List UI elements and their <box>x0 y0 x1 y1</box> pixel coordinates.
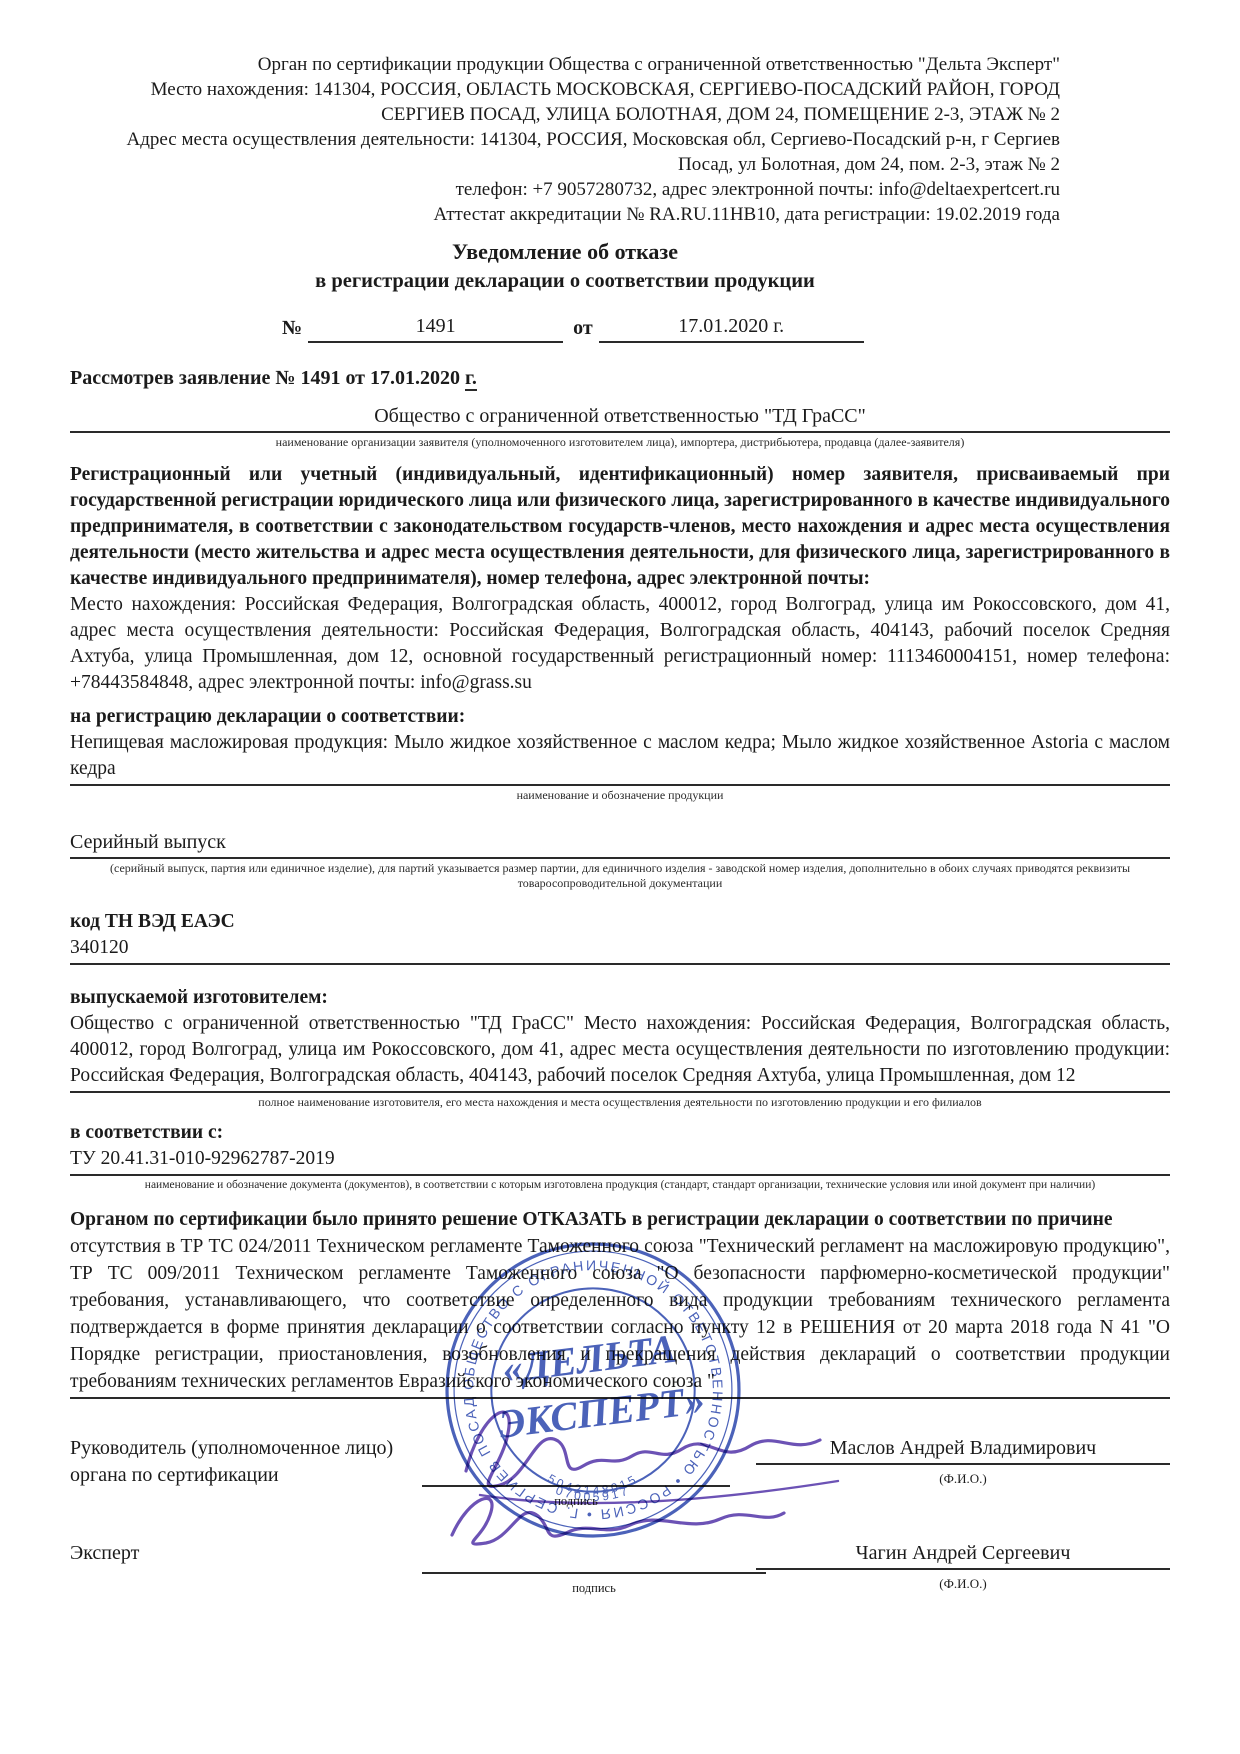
head-name: Маслов Андрей Владимирович <box>756 1435 1170 1465</box>
serial-caption-line1: (серийный выпуск, партия или единичное и… <box>70 861 1170 876</box>
standard-caption: наименование и обозначение документа (до… <box>70 1178 1170 1193</box>
expert-name-caption: (Ф.И.О.) <box>756 1571 1170 1597</box>
header-line-activity-address: Адрес места осуществления деятельности: … <box>70 127 1060 177</box>
head-role: Руководитель (уполномоченное лицо) орган… <box>70 1435 422 1514</box>
expert-signature-row: Эксперт подпись Чагин Андрей Сергеевич (… <box>70 1540 1170 1601</box>
doc-subtitle: в регистрации декларации о соответствии … <box>70 267 1060 295</box>
manufacturer-caption: полное наименование изготовителя, его ме… <box>70 1095 1170 1110</box>
expert-name-cell: Чагин Андрей Сергеевич (Ф.И.О.) <box>756 1540 1170 1601</box>
tnved-value: 340120 <box>70 935 1170 965</box>
document-number-value: 1491 <box>308 313 563 343</box>
head-sign-line <box>422 1463 730 1487</box>
product-caption: наименование и обозначение продукции <box>70 788 1170 803</box>
applicant-name: Общество с ограниченной ответственностью… <box>70 403 1170 433</box>
registration-info-label: Регистрационный или учетный (индивидуаль… <box>70 462 1170 592</box>
registration-info-value: Место нахождения: Российская Федерация, … <box>70 592 1170 696</box>
decision-statement: Органом по сертификации было принято реш… <box>70 1207 1170 1233</box>
org-header: Орган по сертификации продукции Общества… <box>70 52 1060 227</box>
reviewed-statement: Рассмотрев заявление № 1491 от 17.01.202… <box>70 365 1170 391</box>
manufacturer-value: Общество с ограниченной ответственностью… <box>70 1011 1170 1093</box>
header-line-phone-email: телефон: +7 9057280732, адрес электронно… <box>70 177 1060 202</box>
head-sign-cell: подпись <box>422 1463 730 1514</box>
document-number-row: № 1491 от 17.01.2020 г. <box>282 313 932 343</box>
ot-label: от <box>563 315 599 343</box>
signature-section: Руководитель (уполномоченное лицо) орган… <box>70 1435 1170 1601</box>
header-line-accreditation: Аттестат аккредитации № RA.RU.11НВ10, да… <box>70 202 1060 227</box>
serial-caption-line2: товаросопроводительной документации <box>70 876 1170 891</box>
manufacturer-label: выпускаемой изготовителем: <box>70 985 1170 1011</box>
product-name: Непищевая масложировая продукция: Мыло ж… <box>70 730 1170 786</box>
head-name-cell: Маслов Андрей Владимирович (Ф.И.О.) <box>756 1435 1170 1514</box>
serial-type: Серийный выпуск <box>70 829 1170 859</box>
document-date-value: 17.01.2020 г. <box>599 313 864 343</box>
head-signature-row: Руководитель (уполномоченное лицо) орган… <box>70 1435 1170 1514</box>
expert-sign-line <box>422 1550 766 1574</box>
head-name-caption: (Ф.И.О.) <box>756 1466 1170 1492</box>
expert-name: Чагин Андрей Сергеевич <box>756 1540 1170 1570</box>
expert-role: Эксперт <box>70 1540 422 1601</box>
reviewed-g-underlined: г. <box>465 367 477 391</box>
standard-label: в соответствии с: <box>70 1120 1170 1146</box>
reviewed-text: Рассмотрев заявление № 1491 от 17.01.202… <box>70 367 465 389</box>
head-sign-caption: подпись <box>422 1488 730 1514</box>
applicant-caption: наименование организации заявителя (упол… <box>70 435 1170 450</box>
doc-title: Уведомление об отказе <box>70 237 1060 267</box>
expert-sign-caption: подпись <box>422 1575 766 1601</box>
title-block: Уведомление об отказе в регистрации декл… <box>70 237 1060 295</box>
header-line-org: Орган по сертификации продукции Общества… <box>70 52 1060 77</box>
tnved-label: код ТН ВЭД ЕАЭС <box>70 909 1170 935</box>
product-section-label: на регистрацию декларации о соответствии… <box>70 704 1170 730</box>
standard-value: ТУ 20.41.31-010-92962787-2019 <box>70 1146 1170 1176</box>
number-sign: № <box>282 315 308 343</box>
header-line-location: Место нахождения: 141304, РОССИЯ, ОБЛАСТ… <box>70 77 1060 127</box>
document-page: Орган по сертификации продукции Общества… <box>0 0 1240 1754</box>
expert-sign-cell: подпись <box>422 1550 766 1601</box>
refusal-reason: отсутствия в ТР ТС 024/2011 Техническом … <box>70 1233 1170 1399</box>
